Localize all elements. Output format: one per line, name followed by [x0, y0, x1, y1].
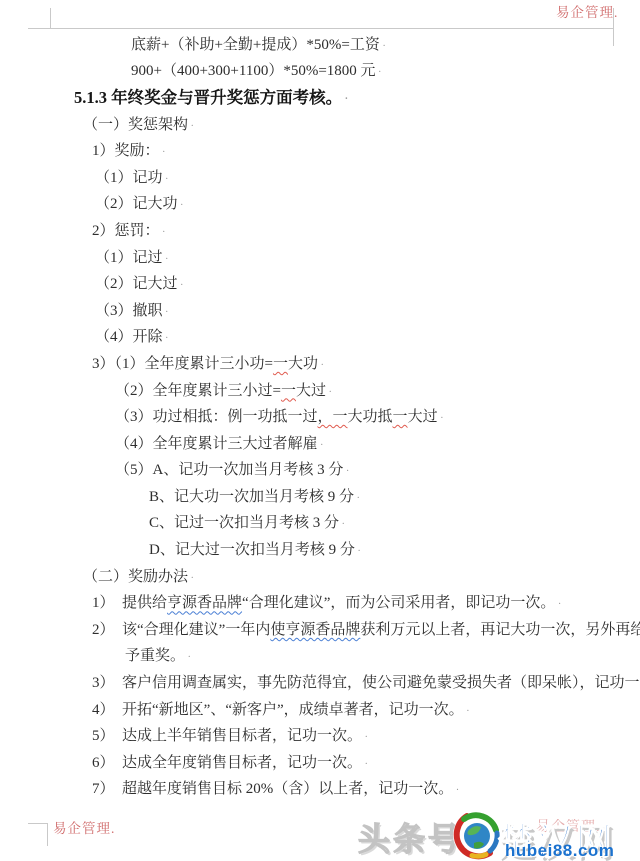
doc-text: （5）A、记功一次加当月考核 3 分 — [115, 458, 343, 479]
doc-line: （一）奖惩架构. — [0, 110, 640, 137]
doc-line: （5）A、记功一次加当月考核 3 分. — [0, 456, 640, 483]
doc-line: （3）撤职. — [0, 296, 640, 323]
doc-text: C、记过一次扣当月考核 3 分 — [149, 511, 339, 532]
watermark-bottom-left: 易企管理. — [53, 817, 115, 837]
doc-line: （2）记大功. — [0, 190, 640, 217]
doc-line: 6） 达成全年度销售目标者，记功一次。. — [0, 748, 640, 775]
paragraph-mark: . — [357, 490, 360, 501]
doc-line: 2）惩罚：. — [0, 216, 640, 243]
chuhan-globe-icon — [452, 810, 502, 860]
doc-line: 底薪+（补助+全勤+提成）*50%=工资. — [0, 30, 640, 57]
doc-text-blue-squiggle: 使亨源香品牌 — [270, 618, 360, 639]
paragraph-mark: . — [166, 330, 169, 341]
paragraph-mark: . — [441, 410, 444, 421]
doc-text: B、记大功一次加当月考核 9 分 — [149, 485, 354, 506]
doc-line: 3）（1）全年度累计三小功=一大功. — [0, 349, 640, 376]
paragraph-mark: . — [321, 357, 324, 368]
doc-line: 1）奖励：. — [0, 136, 640, 163]
paragraph-mark: . — [329, 384, 332, 395]
site-url: hubei88.com — [505, 841, 614, 861]
watermark-top-right: 易企管理. — [556, 1, 618, 21]
doc-text-red-squiggle: 一 — [281, 379, 296, 400]
doc-text: （4）开除 — [95, 325, 163, 346]
paragraph-mark: . — [191, 570, 194, 581]
footer-boundary-tick — [47, 823, 48, 846]
doc-line: 4） 开拓“新地区”、“新客户”，成绩卓著者，记功一次。. — [0, 695, 640, 722]
doc-line: 7） 超越年度销售目标 20%（含）以上者，记功一次。. — [0, 775, 640, 802]
paragraph-mark: . — [166, 171, 169, 182]
doc-text: （二）奖励办法 — [83, 565, 188, 586]
paragraph-mark: . — [163, 224, 166, 235]
doc-line: （2）全年度累计三小过=一大过. — [0, 376, 640, 403]
doc-line: （4）开除. — [0, 323, 640, 350]
doc-line: 900+（400+300+1100）*50%=1800 元. — [0, 57, 640, 84]
doc-text: 2） 该“合理化建议”一年内 — [92, 618, 270, 639]
paragraph-mark: . — [379, 64, 382, 75]
header-boundary-tick-left — [50, 8, 51, 28]
paragraph-mark: . — [163, 144, 166, 155]
doc-text: 7） 超越年度销售目标 20%（含）以上者，记功一次。 — [92, 777, 453, 798]
doc-text: （2）全年度累计三小过= — [115, 379, 281, 400]
doc-line: 予重奖。. — [0, 642, 640, 669]
header-boundary-line — [28, 28, 613, 29]
doc-text: 获利万元以上者，再记大功一次，另外再给 — [360, 618, 640, 639]
word-document-page: { "page": { "watermarks": { "top_right":… — [0, 0, 640, 861]
doc-text-red-squiggle: 一 — [393, 405, 408, 426]
doc-text: 5.1.3 年终奖金与晋升奖惩方面考核。 — [74, 84, 342, 108]
doc-text-red-squiggle: 一 — [273, 352, 288, 373]
paragraph-mark: . — [181, 197, 184, 208]
doc-text: （1）记功 — [95, 166, 163, 187]
doc-line: D、记大过一次扣当月考核 9 分. — [0, 535, 640, 562]
doc-text: （一）奖惩架构 — [83, 113, 188, 134]
doc-line: 5.1.3 年终奖金与晋升奖惩方面考核。. — [0, 83, 640, 110]
doc-line: （1）记过. — [0, 243, 640, 270]
doc-text: 4） 开拓“新地区”、“新客户”，成绩卓著者，记功一次。 — [92, 698, 464, 719]
doc-text-blue-squiggle: 亨源香品牌 — [167, 591, 242, 612]
paragraph-mark: . — [166, 251, 169, 262]
doc-line: B、记大功一次加当月考核 9 分. — [0, 482, 640, 509]
paragraph-mark: . — [181, 277, 184, 288]
footer-boundary-line — [28, 823, 48, 824]
doc-text: 2）惩罚： — [92, 219, 160, 240]
doc-line: （2）记大过. — [0, 269, 640, 296]
doc-text: 大功抵 — [348, 405, 393, 426]
doc-text: D、记大过一次扣当月考核 9 分 — [149, 538, 355, 559]
doc-line: （4）全年度累计三大过者解雇. — [0, 429, 640, 456]
doc-text: 底薪+（补助+全勤+提成）*50%=工资 — [131, 33, 380, 54]
paragraph-mark: . — [321, 437, 324, 448]
doc-text: 予重奖。 — [125, 644, 185, 665]
doc-text: （1）记过 — [95, 246, 163, 267]
paragraph-mark: . — [346, 463, 349, 474]
doc-text: 3） 客户信用调查属实，事先防范得宜，使公司避免蒙受损失者（即呆帐），记功一次。 — [92, 671, 640, 692]
doc-line: （3）功过相抵：例一功抵一过，一大功抵一大过. — [0, 402, 640, 429]
doc-line: 1） 提供给亨源香品牌“合理化建议”，而为公司采用者，即记功一次。. — [0, 588, 640, 615]
doc-text: “合理化建议”，而为公司采用者，即记功一次。 — [242, 591, 555, 612]
paragraph-mark: . — [191, 118, 194, 129]
paragraph-mark: . — [342, 516, 345, 527]
doc-text: （4）全年度累计三大过者解雇 — [115, 432, 318, 453]
doc-line: 5） 达成上半年销售目标者，记功一次。. — [0, 721, 640, 748]
doc-text: 大过 — [408, 405, 438, 426]
paragraph-mark: . — [358, 543, 361, 554]
doc-text: （3）功过相抵：例一功抵一过 — [115, 405, 318, 426]
paragraph-mark: . — [467, 703, 470, 714]
paragraph-mark: . — [558, 596, 561, 607]
doc-text: （2）记大过 — [95, 272, 178, 293]
doc-text-red-squiggle: ，一 — [318, 405, 348, 426]
paragraph-mark: . — [188, 649, 191, 660]
doc-text: 大功 — [288, 352, 318, 373]
doc-line: C、记过一次扣当月考核 3 分. — [0, 509, 640, 536]
paragraph-mark: . — [365, 756, 368, 767]
paragraph-mark: . — [345, 91, 348, 102]
document-body: 底薪+（补助+全勤+提成）*50%=工资.900+（400+300+1100）*… — [0, 30, 640, 801]
paragraph-mark: . — [166, 304, 169, 315]
paragraph-mark: . — [383, 38, 386, 49]
doc-text: 1）奖励： — [92, 139, 160, 160]
doc-line: 2） 该“合理化建议”一年内使亨源香品牌获利万元以上者，再记大功一次，另外再给 — [0, 615, 640, 642]
paragraph-mark: . — [456, 782, 459, 793]
doc-text: 6） 达成全年度销售目标者，记功一次。 — [92, 751, 362, 772]
doc-text: （3）撤职 — [95, 299, 163, 320]
doc-text: 5） 达成上半年销售目标者，记功一次。 — [92, 724, 362, 745]
doc-text: 900+（400+300+1100）*50%=1800 元 — [131, 59, 376, 80]
paragraph-mark: . — [365, 729, 368, 740]
doc-line: 3） 客户信用调查属实，事先防范得宜，使公司避免蒙受损失者（即呆帐），记功一次。… — [0, 668, 640, 695]
doc-text: （2）记大功 — [95, 192, 178, 213]
doc-text: 大过 — [296, 379, 326, 400]
doc-text: 1） 提供给 — [92, 591, 167, 612]
doc-text: 3）（1）全年度累计三小功= — [92, 352, 273, 373]
doc-line: （二）奖励办法. — [0, 562, 640, 589]
doc-line: （1）记功. — [0, 163, 640, 190]
